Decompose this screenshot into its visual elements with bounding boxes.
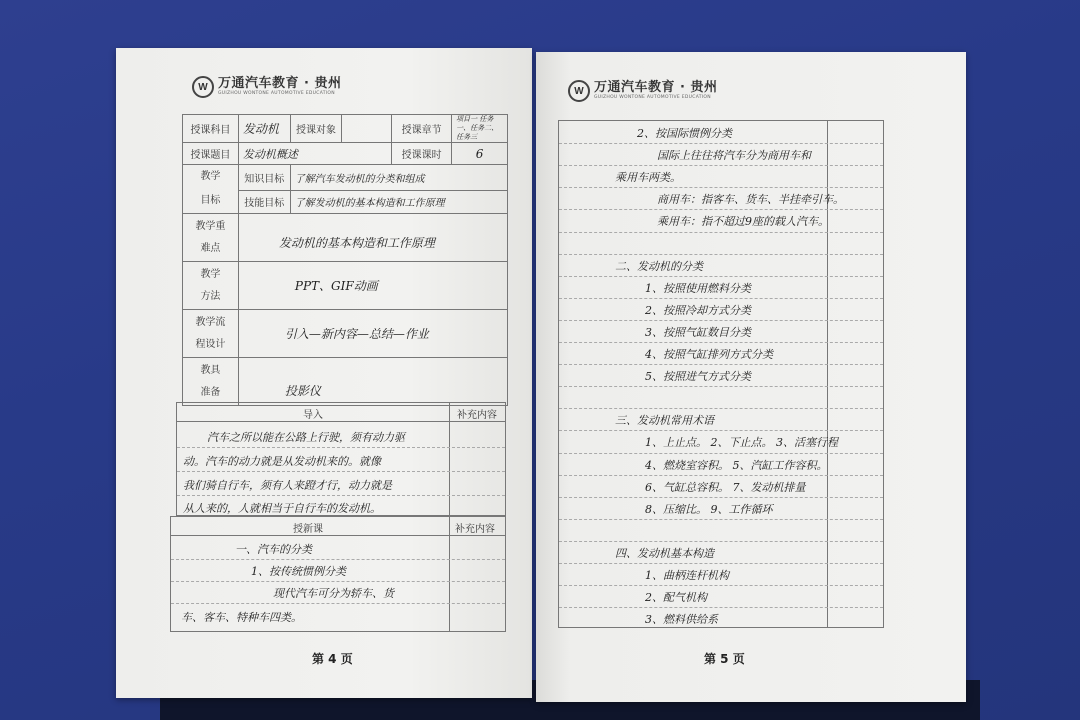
lesson-line: 车、客车、特种车四类。 — [181, 609, 302, 625]
notes-line: 8、压缩比。 9、工作循环 — [645, 501, 773, 517]
flow-label-2: 程设计 — [187, 334, 234, 356]
hours-value: 6 — [452, 143, 508, 165]
hours-label: 授课课时 — [392, 143, 452, 165]
objectives-label-2: 目标 — [187, 189, 234, 213]
lesson-line: 1、按传统惯例分类 — [251, 563, 346, 579]
skill-label: 技能目标 — [238, 190, 290, 213]
brand-logo: W 万通汽车教育 · 贵州 GUIZHOU WONTONE AUTOMOTIVE… — [192, 76, 342, 98]
brand-name-en: GUIZHOU WONTONE AUTOMOTIVE EDUCATION — [594, 96, 718, 101]
brand-logo: W 万通汽车教育 · 贵州 GUIZHOU WONTONE AUTOMOTIVE… — [568, 80, 718, 102]
chapter-value: 项目一 任务一、任务二、任务三 — [452, 115, 508, 143]
audience-value — [342, 115, 392, 143]
new-lesson-header: 授新课 — [293, 520, 323, 535]
page-number-left: 第 4 页 — [312, 650, 353, 667]
intro-line: 动。汽车的动力就是从发动机来的。就像 — [183, 453, 381, 469]
notes-line: 四、发动机基本构造 — [615, 545, 714, 561]
brand-name-cn: 万通汽车教育 · 贵州 — [218, 77, 342, 90]
notes-line: 乘用车两类。 — [615, 169, 681, 185]
chapter-label: 授课章节 — [392, 115, 452, 143]
notes-line: 1、上止点。 2、下止点。 3、活塞行程 — [645, 434, 838, 450]
new-lesson-section: 授新课 补充内容 一、汽车的分类 1、按传统惯例分类 现代汽车可分为轿车、货 车… — [170, 516, 506, 632]
notes-line: 4、燃烧室容积。 5、汽缸工作容积。 — [645, 457, 828, 473]
notes-line: 商用车：指客车、货车、半挂牵引车。 — [657, 191, 844, 207]
notes-line: 6、气缸总容积。 7、发动机排量 — [645, 479, 806, 495]
intro-section: 导入 补充内容 汽车之所以能在公路上行驶，须有动力驱 动。汽车的动力就是从发动机… — [176, 402, 506, 516]
tools-label-2: 准备 — [187, 382, 234, 404]
keypoints-label-2: 难点 — [187, 238, 234, 260]
subject-value: 发动机 — [238, 115, 290, 143]
brand-name-en: GUIZHOU WONTONE AUTOMOTIVE EDUCATION — [218, 92, 342, 97]
logo-mark-icon: W — [568, 80, 590, 102]
knowledge-label: 知识目标 — [238, 165, 290, 191]
intro-line: 汽车之所以能在公路上行驶，须有动力驱 — [207, 429, 405, 445]
notes-line: 3、燃料供给系 — [645, 611, 718, 627]
subject-label: 授课科目 — [183, 115, 239, 143]
brand-name-cn: 万通汽车教育 · 贵州 — [594, 81, 718, 94]
notes-line: 国际上往往将汽车分为商用车和 — [657, 147, 811, 163]
topic-value: 发动机概述 — [238, 143, 391, 165]
notes-line: 乘用车：指不超过9座的载人汽车。 — [657, 213, 829, 229]
logo-mark-icon: W — [192, 76, 214, 98]
left-page: W 万通汽车教育 · 贵州 GUIZHOU WONTONE AUTOMOTIVE… — [116, 48, 532, 698]
method-value: PPT、GIF动画 — [238, 262, 507, 310]
method-label-2: 方法 — [187, 286, 234, 308]
notes-line: 2、按照冷却方式分类 — [645, 302, 751, 318]
objectives-label-1: 教学 — [187, 165, 234, 189]
lesson-line: 一、汽车的分类 — [235, 541, 312, 557]
knowledge-value: 了解汽车发动机的分类和组成 — [290, 165, 507, 191]
audience-label: 授课对象 — [290, 115, 342, 143]
lesson-plan-form: 授课科目 发动机 授课对象 授课章节 项目一 任务一、任务二、任务三 授课题目 … — [182, 114, 508, 406]
intro-side-header: 补充内容 — [457, 406, 497, 421]
notes-line: 1、曲柄连杆机构 — [645, 567, 729, 583]
flow-value: 引入—新内容—总结—作业 — [238, 310, 507, 358]
lesson-line: 现代汽车可分为轿车、货 — [273, 585, 394, 601]
notes-line: 二、发动机的分类 — [615, 258, 703, 274]
flow-label-1: 教学流 — [187, 312, 234, 334]
notes-line: 1、按照使用燃料分类 — [645, 280, 751, 296]
new-lesson-side-header: 补充内容 — [455, 520, 495, 535]
skill-value: 了解发动机的基本构造和工作原理 — [290, 190, 507, 213]
intro-line: 从人来的，人就相当于自行车的发动机。 — [183, 500, 381, 516]
notes-line: 3、按照气缸数目分类 — [645, 324, 751, 340]
intro-header: 导入 — [303, 406, 323, 421]
tools-label-1: 教具 — [187, 360, 234, 382]
keypoints-label-1: 教学重 — [187, 216, 234, 238]
notes-line: 2、按国际惯例分类 — [637, 125, 732, 141]
notes-line: 2、配气机构 — [645, 589, 707, 605]
right-page: W 万通汽车教育 · 贵州 GUIZHOU WONTONE AUTOMOTIVE… — [536, 52, 966, 702]
page-number-right: 第 5 页 — [704, 650, 745, 667]
notes-line: 4、按照气缸排列方式分类 — [645, 346, 773, 362]
notes-line: 三、发动机常用术语 — [615, 412, 714, 428]
keypoints-value: 发动机的基本构造和工作原理 — [238, 214, 507, 262]
notes-line: 5、按照进气方式分类 — [645, 368, 751, 384]
intro-line: 我们骑自行车，须有人来蹬才行，动力就是 — [183, 477, 392, 493]
tools-value: 投影仪 — [238, 358, 507, 406]
topic-label: 授课题目 — [183, 143, 239, 165]
method-label-1: 教学 — [187, 264, 234, 286]
notes-section: 2、按国际惯例分类国际上往往将汽车分为商用车和乘用车两类。商用车：指客车、货车、… — [558, 120, 884, 628]
